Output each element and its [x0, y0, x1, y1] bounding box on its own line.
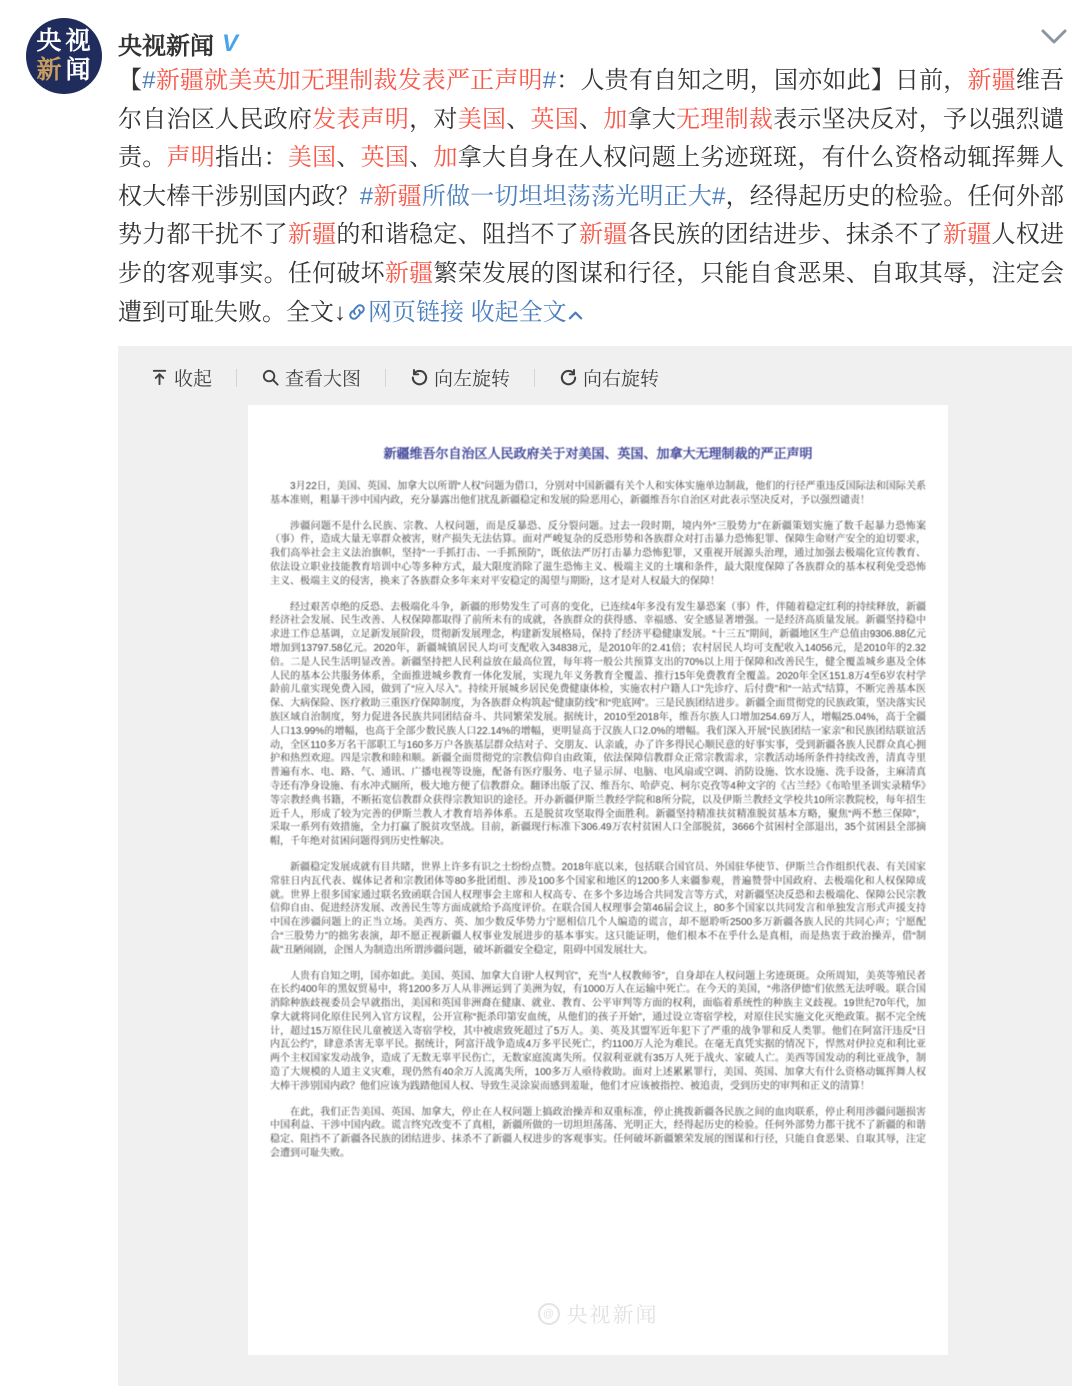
post-text-segment: 、: [579, 106, 603, 133]
rotate-right-label: 向右旋转: [583, 364, 659, 391]
highlight-keyword: 加: [603, 106, 627, 133]
highlight-keyword: 新疆: [385, 260, 434, 287]
document-paragraph: 3月22日，美国、英国、加拿大以所谓“人权”问题为借口，分别对中国新疆有关个人和…: [270, 480, 926, 508]
highlight-keyword: 声明: [167, 144, 216, 171]
collapse-full-text-link[interactable]: 收起全文: [471, 299, 567, 326]
statement-document-image[interactable]: 新疆维吾尔自治区人民政府关于对美国、英国、加拿大无理制裁的严正声明 3月22日，…: [248, 405, 948, 1355]
highlight-keyword: 新疆: [288, 221, 337, 248]
cctv-logo-icon: @: [538, 1303, 560, 1325]
highlight-keyword: 发表声明: [312, 106, 409, 133]
watermark-text: 央视新闻: [567, 1299, 659, 1329]
webpage-link[interactable]: 网页链接: [368, 299, 464, 326]
post-text-segment: 的和谐稳定、阻挡不了: [336, 221, 579, 248]
view-large-button[interactable]: 查看大图: [261, 364, 361, 391]
avatar-logo-line1: 央视: [36, 27, 91, 56]
hashtag-mark[interactable]: #: [142, 67, 155, 94]
hashtag-highlight: 新疆: [373, 183, 422, 210]
collapse-button[interactable]: 收起: [150, 364, 212, 391]
post-text-segment: 【: [118, 67, 142, 94]
document-paragraph: 新疆稳定发展成就有目共睹，世界上许多有识之士纷纷点赞。2018年底以来，包括联合…: [270, 861, 926, 958]
view-large-label: 查看大图: [285, 364, 361, 391]
document-paragraph: 人贵有自知之明，国亦如此。美国、英国、加拿大自诩“人权判官”，充当“人权教师爷”…: [270, 970, 926, 1094]
collapse-label: 收起: [174, 364, 212, 391]
highlight-keyword: 新疆: [943, 221, 992, 248]
weibo-post: 央视 新闻 央视新闻 V 【#新疆就美英加无理制裁发表严正声明#：人贵有自知之明…: [0, 0, 1080, 1386]
post-text-segment: 、: [336, 144, 360, 171]
document-paragraph: 涉疆问题不是什么民族、宗教、人权问题，而是反暴恐、反分裂问题。过去一段时期，境内…: [270, 520, 926, 589]
magnifier-icon: [261, 368, 280, 387]
highlight-keyword: 加: [433, 144, 457, 171]
post-text-segment: [464, 299, 471, 326]
post-text-segment: ，对: [409, 106, 458, 133]
caret-up-icon[interactable]: [567, 308, 584, 323]
image-toolbar: 收起 查看大图 向左旋转 向右旋转: [118, 346, 1072, 391]
hashtag-text[interactable]: 所做一切坦坦荡荡光明正大: [422, 183, 712, 210]
highlight-keyword: 无理制裁: [676, 106, 773, 133]
highlight-keyword: 英国: [361, 144, 410, 171]
avatar-logo-line2: 新闻: [36, 56, 91, 85]
rotate-right-icon: [559, 368, 578, 387]
link-icon[interactable]: [346, 301, 368, 323]
author-name[interactable]: 央视新闻: [118, 26, 214, 61]
watermark: @ 央视新闻: [248, 1299, 948, 1329]
rotate-left-icon: [410, 368, 429, 387]
rotate-right-button[interactable]: 向右旋转: [559, 364, 659, 391]
post-text-segment: 拿大: [628, 106, 677, 133]
chevron-down-icon[interactable]: [1040, 28, 1068, 46]
avatar[interactable]: 央视 新闻: [26, 18, 102, 94]
hashtag-mark[interactable]: #: [360, 183, 373, 210]
document-body: 3月22日，美国、英国、加拿大以所谓“人权”问题为借口，分别对中国新疆有关个人和…: [270, 480, 926, 1161]
rotate-left-button[interactable]: 向左旋转: [410, 364, 510, 391]
toolbar-separator: [385, 369, 386, 387]
author-row: 央视新闻 V: [118, 26, 238, 61]
post-text-segment: 、: [506, 106, 530, 133]
hashtag-mark[interactable]: #: [712, 183, 725, 210]
highlight-keyword: 新疆: [579, 221, 628, 248]
post-text-segment: 指出：: [215, 144, 288, 171]
post-text-segment: 、: [409, 144, 433, 171]
document-paragraph: 在此，我们正告美国、英国、加拿大，停止在人权问题上搞政治操弄和双重标准，停止挑拨…: [270, 1106, 926, 1161]
post-text-segment: ：人贵有自知之明，国亦如此】日前，: [556, 67, 967, 94]
hashtag-mark[interactable]: #: [543, 67, 556, 94]
image-viewer-panel: 收起 查看大图 向左旋转 向右旋转: [118, 346, 1072, 1386]
toolbar-separator: [534, 369, 535, 387]
highlight-keyword: 美国: [458, 106, 507, 133]
highlight-keyword: 新疆: [967, 67, 1015, 94]
toolbar-separator: [236, 369, 237, 387]
rotate-left-label: 向左旋转: [434, 364, 510, 391]
highlight-keyword: 英国: [531, 106, 580, 133]
document-paragraph: 经过艰苦卓绝的反恐、去极端化斗争，新疆的形势发生了可喜的变化，已连续4年多没有发…: [270, 601, 926, 849]
document-title: 新疆维吾尔自治区人民政府关于对美国、英国、加拿大无理制裁的严正声明: [270, 443, 926, 462]
collapse-arrow-icon: [150, 368, 169, 387]
verified-badge-icon: V: [222, 30, 238, 58]
highlight-keyword: 美国: [288, 144, 337, 171]
post-text-segment: 各民族的团结进步、抹杀不了: [628, 221, 943, 248]
hashtag-highlight: 新疆就美英加无理制裁发表严正声明: [156, 67, 543, 94]
post-text: 【#新疆就美英加无理制裁发表严正声明#：人贵有自知之明，国亦如此】日前，新疆维吾…: [118, 62, 1064, 332]
